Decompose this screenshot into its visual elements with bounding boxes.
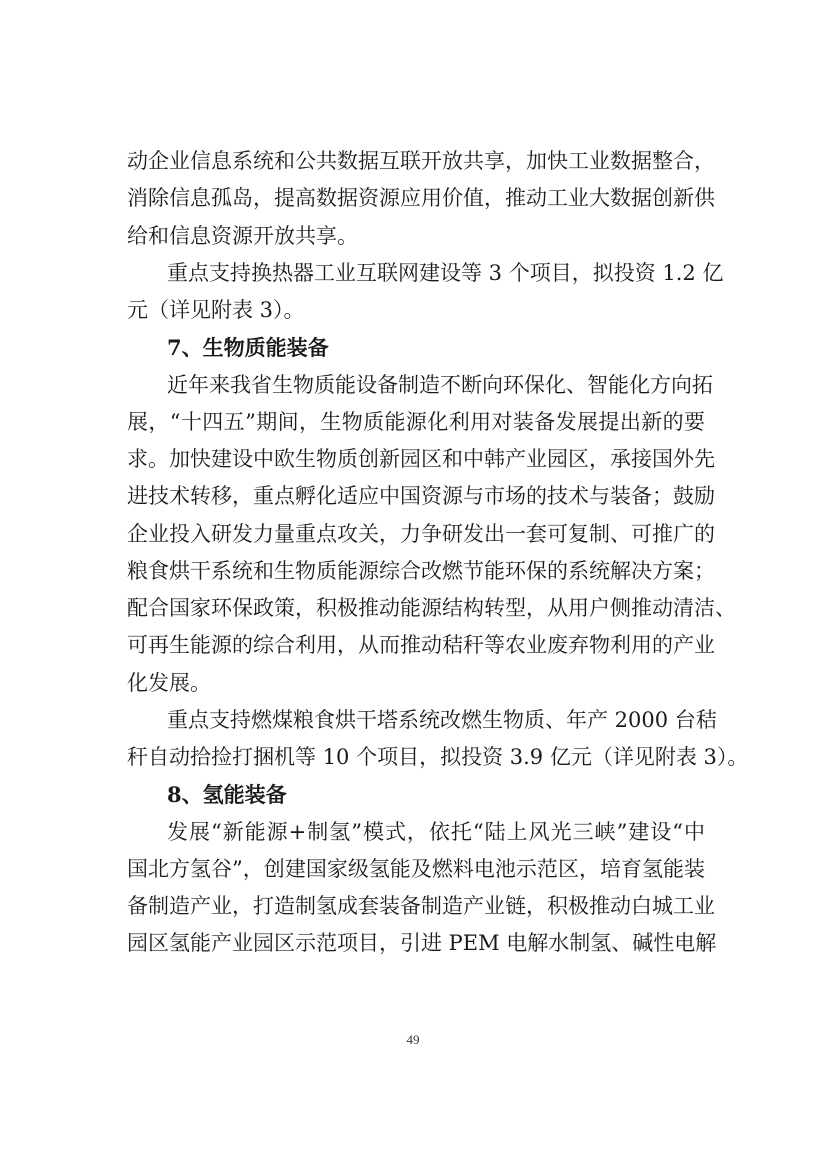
text-line: 给和信息资源开放共享。 (127, 218, 705, 255)
text-line: 备制造产业，打造制氢成套装备制造产业链，积极推动白城工业 (127, 888, 705, 925)
section-heading-biomass: 7、生物质能装备 (127, 329, 705, 366)
text-line: 国北方氢谷”，创建国家级氢能及燃料电池示范区，培育氢能装 (127, 851, 705, 888)
paragraph-hydrogen-overview: 发展“新能源+制氢”模式，依托“陆上风光三峡”建设“中 国北方氢谷”，创建国家级… (127, 814, 705, 963)
text-line: 消除信息孤岛，提高数据资源应用价值，推动工业大数据创新供 (127, 180, 705, 217)
text-line: 园区氢能产业园区示范项目，引进 PEM 电解水制氢、碱性电解 (127, 925, 705, 962)
paragraph-investment-biomass: 重点支持燃煤粮食烘干塔系统改燃生物质、年产 2000 台秸 秆自动拾捡打捆机等 … (127, 702, 705, 777)
text-line: 发展“新能源+制氢”模式，依托“陆上风光三峡”建设“中 (127, 814, 705, 851)
text-line: 元（详见附表 3）。 (127, 292, 705, 329)
text-line: 重点支持换热器工业互联网建设等 3 个项目，拟投资 1.2 亿 (127, 255, 705, 292)
text-line: 重点支持燃煤粮食烘干塔系统改燃生物质、年产 2000 台秸 (127, 702, 705, 739)
section-heading-hydrogen: 8、氢能装备 (127, 776, 705, 813)
text-line: 企业投入研发力量重点攻关，力争研发出一套可复制、可推广的 (127, 516, 705, 553)
text-line: 化发展。 (127, 665, 705, 702)
text-line: 近年来我省生物质能设备制造不断向环保化、智能化方向拓 (127, 367, 705, 404)
text-line: 配合国家环保政策，积极推动能源结构转型，从用户侧推动清洁、 (127, 590, 705, 627)
paragraph-investment-industrial-internet: 重点支持换热器工业互联网建设等 3 个项目，拟投资 1.2 亿 元（详见附表 3… (127, 255, 705, 330)
text-line: 粮食烘干系统和生物质能源综合改燃节能环保的系统解决方案； (127, 553, 705, 590)
document-body: 动企业信息系统和公共数据互联开放共享，加快工业数据整合， 消除信息孤岛，提高数据… (127, 143, 705, 963)
text-line: 求。加快建设中欧生物质创新园区和中韩产业园区，承接国外先 (127, 441, 705, 478)
paragraph-biomass-overview: 近年来我省生物质能设备制造不断向环保化、智能化方向拓 展，“十四五”期间，生物质… (127, 367, 705, 702)
text-line: 可再生能源的综合利用，从而推动秸秆等农业废弃物利用的产业 (127, 627, 705, 664)
text-line: 动企业信息系统和公共数据互联开放共享，加快工业数据整合， (127, 143, 705, 180)
text-line: 进技术转移，重点孵化适应中国资源与市场的技术与装备；鼓励 (127, 478, 705, 515)
paragraph-continuation: 动企业信息系统和公共数据互联开放共享，加快工业数据整合， 消除信息孤岛，提高数据… (127, 143, 705, 255)
text-line: 展，“十四五”期间，生物质能源化利用对装备发展提出新的要 (127, 404, 705, 441)
page-number: 49 (0, 1032, 826, 1048)
text-line: 秆自动拾捡打捆机等 10 个项目，拟投资 3.9 亿元（详见附表 3）。 (127, 739, 705, 776)
